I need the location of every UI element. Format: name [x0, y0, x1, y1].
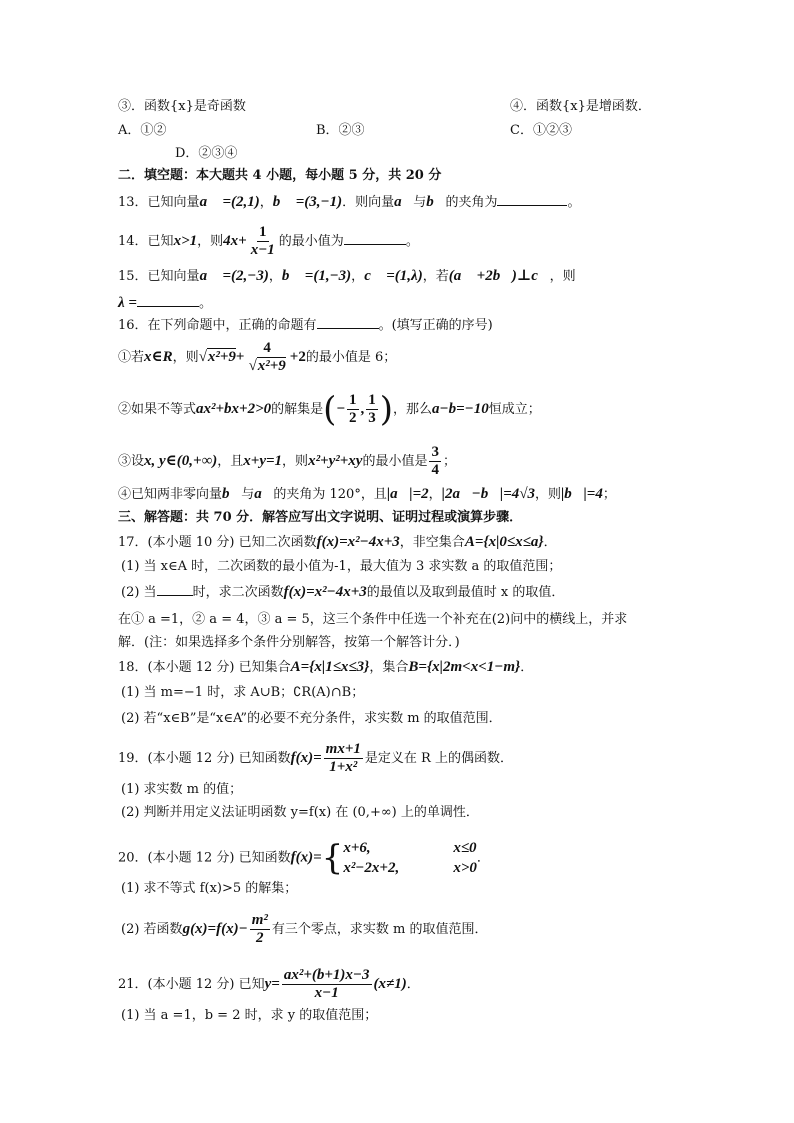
q16-p4-pre: ④已知两非零向量	[118, 487, 222, 502]
q16-answer-blank[interactable]	[317, 316, 379, 329]
q21-fraction: ax²+(b+1)x−3x−1	[282, 967, 372, 1002]
q17-s2-mid: 时，求二次函数	[193, 585, 284, 600]
q21-y: y=	[265, 976, 280, 992]
q16-p2-post: 恒成立；	[489, 402, 541, 417]
q16-p2-then: ，那么	[393, 402, 432, 417]
q13-text-post: 的夹角为	[445, 195, 497, 210]
q18-head: 18．(本小题 12 分) 已知集合	[118, 660, 291, 675]
q15-answer-blank[interactable]	[137, 294, 199, 307]
q16-p3-eq: x+y=1	[243, 453, 282, 469]
q16-p2-mid: 的解集是	[271, 402, 323, 417]
q15-then: ，则	[550, 269, 576, 284]
q19-subquestion-2: (2) 判断并用定义法证明函数 y=f(x) 在 (0,+∞) 上的单调性．	[121, 804, 479, 822]
q21-end: ．	[407, 977, 420, 992]
q13-b: b⃗	[426, 194, 445, 210]
q16-p3-pre: ③设	[118, 454, 144, 469]
q15-vector-b: b⃗ =(1,−3)	[282, 268, 351, 284]
q16-p1-frac-den: x²+9	[257, 357, 286, 374]
q20-case1-expr: x+6,	[343, 838, 453, 858]
q13-vector-b: b⃗ =(3,−1)	[273, 194, 342, 210]
question-21: 21．(本小题 12 分) 已知y=ax²+(b+1)x−3x−1(x≠1)．	[118, 967, 420, 1002]
q16-end: 。(填写正确的序号)	[379, 318, 493, 333]
q16-proposition-3: ③设x, y∈(0,+∞)，且x+y=1，则x²+y²+xy的最小值是34；	[118, 444, 456, 479]
q16-p3-frac-num: 3	[429, 444, 441, 462]
q17-subquestion-2: (2) 当时，求二次函数f(x)=x²−4x+3的最值以及取到最值时 x 的取值…	[121, 583, 564, 602]
q19-function: f(x)=	[291, 750, 322, 766]
q15-if: ，若	[423, 269, 449, 284]
q16-p4-a: a⃗	[254, 486, 273, 502]
q19-fraction: mx+11+x²	[324, 741, 363, 776]
q16-p4-cond2: |2a⃗−b⃗|=4√3	[442, 486, 535, 502]
q19-head: 19．(本小题 12 分) 已知函数	[118, 751, 291, 766]
q18-set-a: A={x|1≤x≤3}	[291, 659, 370, 675]
q16-p1-frac-num: 4	[261, 340, 273, 358]
q20-end: ．	[477, 851, 490, 866]
q12-option-d: D．②③④	[175, 145, 237, 163]
q14-answer-blank[interactable]	[344, 232, 406, 245]
q12-option-c: C．①②③	[510, 122, 572, 140]
q16-p1-plus: +	[236, 349, 245, 365]
q16-p1-post: 的最小值是 6；	[306, 350, 396, 365]
q12-item3: ③．函数{x}是奇函数	[118, 98, 246, 116]
q21-condition: (x≠1)	[374, 976, 407, 992]
q15-text: 已知向量	[148, 269, 200, 284]
q14-frac-num: 1	[257, 224, 269, 242]
q17-end: ．	[544, 535, 557, 550]
q17-function: f(x)=x²−4x+3	[317, 534, 400, 550]
q16-p3-expr: x²+y²+xy	[308, 453, 362, 469]
q17-note-line1: 在① a =1，② a = 4，③ a = 5，这三个条件中任选一个补充在(2)…	[118, 611, 627, 629]
q13-a: a⃗	[394, 194, 413, 210]
q13-text-mid: ．则向量	[342, 195, 394, 210]
q13-end: 。	[567, 195, 580, 210]
q17-s2-function: f(x)=x²−4x+3	[284, 584, 367, 600]
q12-item4: ④．函数{x}是增函数．	[510, 98, 651, 116]
q20-case2-cond: x>0	[453, 858, 477, 878]
q17-s2-pre: (2) 当	[121, 585, 157, 600]
q21-head: 21．(本小题 12 分) 已知	[118, 977, 265, 992]
q20-s2-fraction: m²2	[250, 912, 270, 947]
q14-fraction: 1x−1	[249, 224, 277, 259]
q14-end: 。	[406, 234, 419, 249]
q20-s2-frac-den: 2	[254, 930, 266, 947]
q21-subquestion-1: (1) 当 a =1，b = 2 时，求 y 的取值范围；	[121, 1007, 377, 1025]
question-15: 15．已知向量a⃗ =(2,−3)，b⃗ =(1,−3)，c⃗ =(1,λ)，若…	[118, 267, 576, 286]
q14-frac-den: x−1	[249, 242, 277, 259]
section3-heading: 三、解答题：共 70 分．解答应写出文字说明、证明过程或演算步骤．	[118, 509, 522, 527]
q15-vector-a: a⃗ =(2,−3)	[200, 268, 269, 284]
q18-set-b: B={x|2m<x<1−m}	[408, 659, 520, 675]
q16-p1-sqrt: x²+9	[207, 348, 236, 365]
q20-s2-frac-num: m²	[250, 912, 270, 930]
q16-p4-mid: 的夹角为 120°，且	[273, 487, 386, 502]
q17-mid: ，非空集合	[400, 535, 465, 550]
q21-frac-den: x−1	[313, 985, 341, 1002]
q18-subquestion-1: (1) 当 m=−1 时，求 A∪B；∁R(A)∩B；	[121, 684, 364, 702]
q13-sep: ，	[260, 195, 273, 210]
q14-text: 已知	[148, 234, 174, 249]
q16-p2-f1-den: 2	[347, 410, 359, 427]
q16-text: 在下列命题中，正确的命题有	[148, 318, 317, 333]
q16-p2-f1-num: 1	[347, 392, 359, 410]
q14-text-post: 的最小值为	[279, 234, 344, 249]
q17-s2-blank[interactable]	[157, 583, 193, 596]
q15-lambda: λ =	[118, 295, 137, 311]
q20-piecewise: x+6,x≤0x²−2x+2,x>0	[343, 838, 477, 878]
q16-p4-result: |b⃗|=4	[561, 486, 603, 502]
q12-option-b: B．②③	[316, 122, 365, 140]
q13-text: 已知向量	[148, 195, 200, 210]
q16-p2-result: a−b=−10	[432, 401, 489, 417]
question-14: 14．已知x>1，则4x+1x−1的最小值为。	[118, 224, 419, 259]
q13-with: 与	[413, 195, 426, 210]
q20-subquestion-1: (1) 求不等式 f(x)>5 的解集；	[121, 880, 297, 898]
q16-p3-frac-den: 4	[429, 462, 441, 479]
question-16: 16．在下列命题中，正确的命题有。(填写正确的序号)	[118, 316, 493, 335]
q16-number: 16．	[118, 318, 148, 333]
q16-p3-post: 的最小值是	[362, 454, 427, 469]
question-18: 18．(本小题 12 分) 已知集合A={x|1≤x≤3}，集合B={x|2m<…	[118, 658, 533, 677]
q16-p2-f2-den: 3	[366, 410, 378, 427]
q18-end: ．	[520, 660, 533, 675]
q16-p3-and: ，且	[217, 454, 243, 469]
section2-heading: 二．填空题：本大题共 4 小题，每小题 5 分，共 20 分	[118, 167, 441, 185]
q20-subquestion-2: (2) 若函数g(x)=f(x)−m²2有三个零点，求实数 m 的取值范围．	[121, 912, 487, 947]
q20-case2-expr: x²−2x+2,	[343, 858, 453, 878]
q16-p2-frac2: 13	[366, 392, 378, 427]
q16-p1-cond: x∈R	[144, 349, 173, 365]
q13-answer-blank[interactable]	[497, 193, 567, 206]
q18-subquestion-2: (2) 若“x∈B”是“x∈A”的必要不充分条件，求实数 m 的取值范围．	[121, 710, 502, 728]
q16-proposition-2: ②如果不等式ax²+bx+2>0的解集是(−12,13)，那么a−b=−10恒成…	[118, 392, 541, 427]
q13-vector-a: a⃗ =(2,1)	[200, 194, 260, 210]
q15-condition: (a⃗ +2b⃗)⊥c⃗	[449, 268, 550, 284]
q16-p3-end: ；	[443, 454, 456, 469]
q16-p4-b: b⃗	[222, 486, 241, 502]
q13-number: 13．	[118, 195, 148, 210]
q21-frac-num: ax²+(b+1)x−3	[282, 967, 372, 985]
q15-answer-line: λ =。	[118, 294, 212, 313]
q16-p2-frac1: 12	[347, 392, 359, 427]
q14-then: ，则	[197, 234, 223, 249]
q17-note-line2: 解．(注：如果选择多个条件分别解答，按第一个解答计分．)	[118, 634, 460, 652]
q20-case1-cond: x≤0	[453, 838, 476, 858]
q19-frac-den: 1+x²	[327, 759, 359, 776]
q16-p3-then: ，则	[282, 454, 308, 469]
q16-p1-then: ，则	[173, 350, 199, 365]
q15-vector-c: c⃗ =(1,λ)	[364, 268, 423, 284]
q16-p4-with: 与	[241, 487, 254, 502]
q14-number: 14．	[118, 234, 148, 249]
q17-subquestion-1: (1) 当 x∈A 时，二次函数的最小值为-1，最大值为 3 求实数 a 的取值…	[121, 558, 561, 576]
q20-function: f(x)=	[291, 850, 322, 866]
q16-p2-inequality: ax²+bx+2>0	[196, 401, 271, 417]
question-19: 19．(本小题 12 分) 已知函数f(x)=mx+11+x²是定义在 R 上的…	[118, 741, 513, 776]
q19-frac-num: mx+1	[324, 741, 363, 759]
q15-number: 15．	[118, 269, 148, 284]
q16-p1-tail: +2	[290, 349, 306, 365]
q20-s2-g: g(x)=f(x)−	[183, 921, 248, 937]
q19-subquestion-1: (1) 求实数 m 的值；	[121, 781, 242, 799]
q16-p1-fraction: 4√x²+9	[246, 340, 287, 375]
q12-option-a: A．①②	[118, 122, 166, 140]
q17-set: A={x|0≤x≤a}	[465, 534, 544, 550]
question-13: 13．已知向量a⃗ =(2,1)，b⃗ =(3,−1)．则向量a⃗与b⃗的夹角为…	[118, 193, 581, 212]
q16-p4-end: ；	[603, 487, 616, 502]
q15-end: 。	[199, 296, 212, 311]
q17-head: 17．(本小题 10 分) 已知二次函数	[118, 535, 317, 550]
q16-p2-f2-num: 1	[366, 392, 378, 410]
q16-p3-cond: x, y∈(0,+∞)	[144, 453, 217, 469]
q20-s2-pre: (2) 若函数	[121, 922, 183, 937]
q14-condition: x>1	[174, 233, 198, 249]
q16-p3-fraction: 34	[429, 444, 441, 479]
q17-s2-post: 的最值以及取到最值时 x 的取值．	[367, 585, 565, 600]
q16-p4-then: ，则	[535, 487, 561, 502]
q14-expression: 4x+	[223, 233, 247, 249]
q16-p2-pre: ②如果不等式	[118, 402, 196, 417]
q16-p1-pre: ①若	[118, 350, 144, 365]
q20-head: 20．(本小题 12 分) 已知函数	[118, 851, 291, 866]
question-17: 17．(本小题 10 分) 已知二次函数f(x)=x²−4x+3，非空集合A={…	[118, 533, 557, 552]
q16-proposition-4: ④已知两非零向量b⃗与a⃗的夹角为 120°，且|a⃗|=2，|2a⃗−b⃗|=…	[118, 485, 616, 504]
q19-post: 是定义在 R 上的偶函数．	[365, 751, 513, 766]
q20-s2-post: 有三个零点，求实数 m 的取值范围．	[272, 922, 488, 937]
question-20: 20．(本小题 12 分) 已知函数f(x)={x+6,x≤0x²−2x+2,x…	[118, 838, 490, 878]
q16-proposition-1: ①若x∈R，则√x²+9+4√x²+9+2的最小值是 6；	[118, 340, 396, 375]
q18-mid: ，集合	[369, 660, 408, 675]
q16-p4-cond1: |a⃗|=2	[387, 486, 429, 502]
